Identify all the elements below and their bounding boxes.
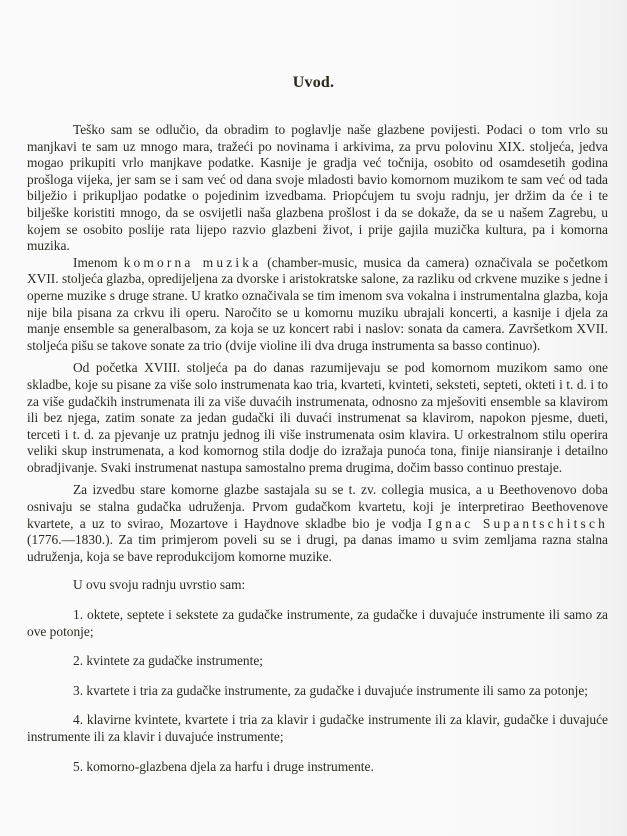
list-item: 4. klavirne kvintete, kvartete i tria za…	[27, 712, 608, 745]
paragraph-definition: Imenom komorna muzika (chamber-music, mu…	[27, 255, 608, 355]
text: Imenom	[73, 255, 118, 270]
list-item: 5. komorno-glazbena djela za harfu i dru…	[27, 759, 608, 776]
paragraph-intro: Teško sam se odlučio, da obradim to pogl…	[27, 122, 608, 255]
paragraph-ensembles: Za izvedbu stare komorne glazbe sastajal…	[27, 482, 608, 565]
list-item: 1. oktete, septete i sekstete za gudačke…	[27, 607, 608, 640]
list-item: 2. kvintete za gudačke instrumente;	[27, 653, 608, 670]
document-page: Uvod. Teško sam se odlučio, da obradim t…	[0, 0, 627, 836]
page-title: Uvod.	[0, 74, 627, 92]
list-item: 3. kvartete i tria za gudačke instrument…	[27, 683, 608, 700]
spaced-name: Ignac Supantschitsch	[428, 516, 608, 531]
paragraph-modern: Od početka XVIII. stoljeća pa do danas r…	[27, 360, 608, 476]
text: (1776.—1830.). Za tim primjerom poveli s…	[27, 532, 608, 564]
paragraph-contents-intro: U ovu svoju radnju uvrstio sam:	[27, 577, 608, 594]
body-text: Teško sam se odlučio, da obradim to pogl…	[27, 122, 608, 775]
spaced-term: komorna muzika	[124, 255, 262, 270]
